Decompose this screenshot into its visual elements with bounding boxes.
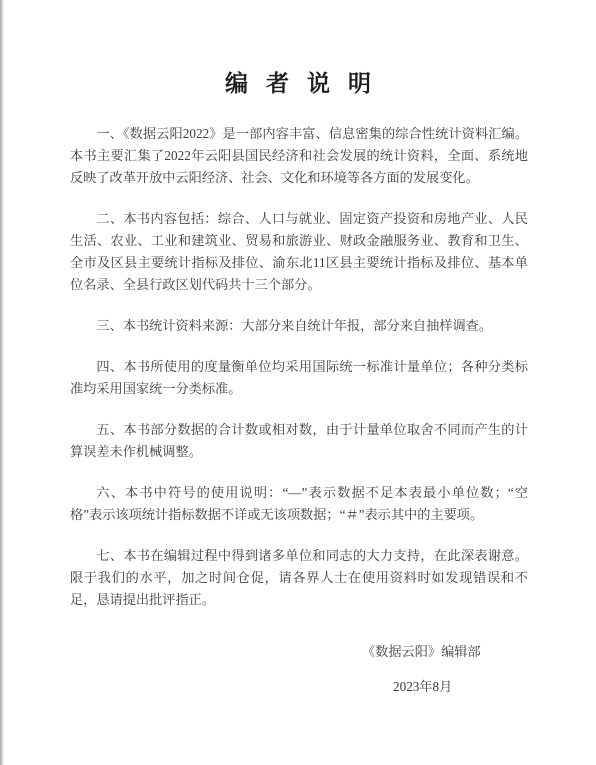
document-page: 编者说明 一、《数据云阳2022》是一部内容丰富、信息密集的综合性统计资料汇编。… (0, 0, 596, 698)
scan-edge-shadow (0, 0, 4, 765)
paragraph-7: 七、本书在编辑过程中得到诸多单位和同志的大力支持，在此深表谢意。限于我们的水平，… (70, 545, 528, 611)
paragraph-2: 二、本书内容包括：综合、人口与就业、固定资产投资和房地产业、人民生活、农业、工业… (70, 208, 528, 296)
paragraph-5: 五、本书部分数据的合计数或相对数，由于计量单位取舍不同而产生的计算误差未作机械调… (70, 419, 528, 463)
closing-block: 《数据云阳》编辑部 2023年8月 (0, 641, 596, 698)
paragraph-3: 三、本书统计资料来源：大部分来自统计年报，部分来自抽样调查。 (70, 315, 528, 337)
paragraph-1: 一、《数据云阳2022》是一部内容丰富、信息密集的综合性统计资料汇编。本书主要汇… (70, 123, 528, 189)
page-title: 编者说明 (0, 0, 596, 96)
paragraph-6: 六、本书中符号的使用说明：“—”表示数据不足本表最小单位数；“空格”表示该项统计… (70, 482, 528, 526)
paragraph-4: 四、本书所使用的度量衡单位均采用国际统一标准计量单位；各种分类标准均采用国家统一… (70, 356, 528, 400)
editor-signature: 《数据云阳》编辑部 (362, 641, 596, 663)
publication-date: 2023年8月 (393, 676, 596, 698)
document-body: 一、《数据云阳2022》是一部内容丰富、信息密集的综合性统计资料汇编。本书主要汇… (70, 123, 528, 611)
